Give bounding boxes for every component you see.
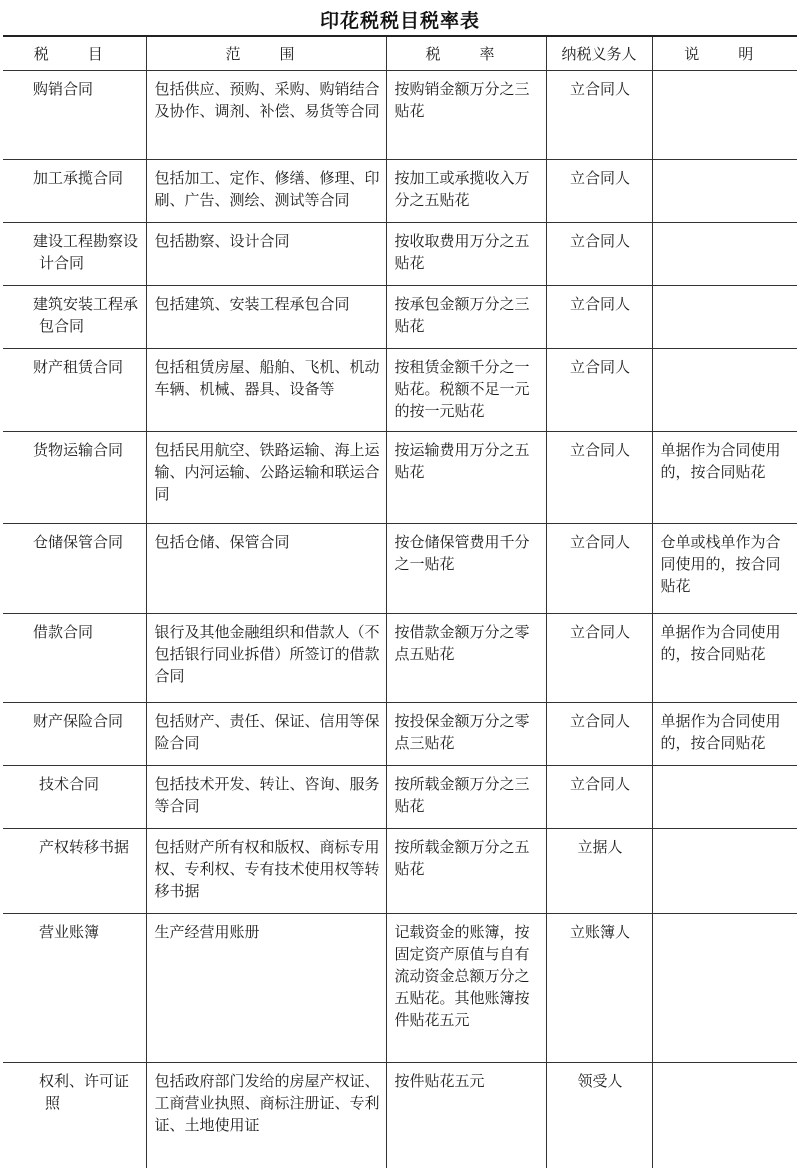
table-row: 1.购销合同 包括供应、预购、采购、购销结合及协作、调剂、补偿、易货等合同 按购… [3,71,797,160]
cell-tax-item: 4.建筑安装工程承包合同 [3,286,146,349]
cell-taxpayer: 立合同人 [546,703,652,766]
cell-scope: 包括政府部门发给的房屋产权证、工商营业执照、商标注册证、专利证、土地使用证 [146,1063,386,1168]
cell-note: 单据作为合同使用的，按合同贴花 [652,614,797,703]
table-row: 11.产权转移书据 包括财产所有权和版权、商标专用权、专利权、专有技术使用权等转… [3,829,797,914]
cell-taxpayer: 立合同人 [546,432,652,524]
cell-tax-item: 7.仓储保管合同 [3,524,146,614]
cell-note [652,349,797,432]
header-tax-item: 税 目 [3,36,146,71]
item-name: 产权转移书据 [39,838,129,856]
cell-note [652,766,797,829]
item-name: 权利、许可证照 [39,1072,129,1112]
cell-scope: 包括仓储、保管合同 [146,524,386,614]
cell-rate: 按运输费用万分之五贴花 [386,432,546,524]
item-name: 建设工程勘察设计合同 [33,232,138,272]
header-notes: 说 明 [652,36,797,71]
table-row: 2.加工承揽合同 包括加工、定作、修缮、修理、印刷、广告、测绘、测试等合同 按加… [3,160,797,223]
cell-taxpayer: 立合同人 [546,349,652,432]
cell-taxpayer: 立合同人 [546,766,652,829]
cell-tax-item: 10.技术合同 [3,766,146,829]
table-row: 6.货物运输合同 包括民用航空、铁路运输、海上运输、内河运输、公路运输和联运合同… [3,432,797,524]
stamp-tax-rate-table: 税 目 范 围 税 率 纳税义务人 说 明 1.购销合同 包括供应、预购、采购、… [3,35,797,1168]
table-row: 7.仓储保管合同 包括仓储、保管合同 按仓储保管费用千分之一贴花 立合同人 仓单… [3,524,797,614]
item-name: 加工承揽合同 [33,169,123,187]
cell-tax-item: 11.产权转移书据 [3,829,146,914]
cell-note [652,1063,797,1168]
cell-note [652,71,797,160]
cell-scope: 包括租赁房屋、船舶、飞机、机动车辆、机械、器具、设备等 [146,349,386,432]
cell-rate: 按承包金额万分之三贴花 [386,286,546,349]
cell-rate: 按租赁金额千分之一贴花。税额不足一元的按一元贴花 [386,349,546,432]
item-name: 建筑安装工程承包合同 [33,295,138,335]
cell-note [652,223,797,286]
cell-scope: 包括技术开发、转让、咨询、服务等合同 [146,766,386,829]
item-name: 技术合同 [39,775,99,793]
cell-scope: 银行及其他金融组织和借款人（不包括银行同业拆借）所签订的借款合同 [146,614,386,703]
cell-taxpayer: 立合同人 [546,223,652,286]
cell-tax-item: 6.货物运输合同 [3,432,146,524]
cell-tax-item: 13.权利、许可证照 [3,1063,146,1168]
item-number: 7. [9,531,33,553]
cell-tax-item: 9.财产保险合同 [3,703,146,766]
cell-rate: 按借款金额万分之零点五贴花 [386,614,546,703]
table-row: 5.财产租赁合同 包括租赁房屋、船舶、飞机、机动车辆、机械、器具、设备等 按租赁… [3,349,797,432]
cell-note [652,829,797,914]
item-number: 6. [9,439,33,461]
item-number: 4. [9,293,33,315]
cell-taxpayer: 立账簿人 [546,914,652,1063]
cell-rate: 按所载金额万分之三贴花 [386,766,546,829]
cell-tax-item: 12.营业账簿 [3,914,146,1063]
item-number: 2. [9,167,33,189]
cell-taxpayer: 领受人 [546,1063,652,1168]
item-number: 3. [9,230,33,252]
item-number: 1. [9,78,33,100]
cell-rate: 按件贴花五元 [386,1063,546,1168]
cell-scope: 包括财产所有权和版权、商标专用权、专利权、专有技术使用权等转移书据 [146,829,386,914]
cell-scope: 包括勘察、设计合同 [146,223,386,286]
cell-scope: 包括建筑、安装工程承包合同 [146,286,386,349]
item-number: 13. [9,1070,39,1092]
table-row: 8.借款合同 银行及其他金融组织和借款人（不包括银行同业拆借）所签订的借款合同 … [3,614,797,703]
item-number: 8. [9,621,33,643]
item-name: 借款合同 [33,623,93,641]
table-row: 10.技术合同 包括技术开发、转让、咨询、服务等合同 按所载金额万分之三贴花 立… [3,766,797,829]
table-row: 13.权利、许可证照 包括政府部门发给的房屋产权证、工商营业执照、商标注册证、专… [3,1063,797,1168]
cell-rate: 按收取费用万分之五贴花 [386,223,546,286]
cell-note: 仓单或栈单作为合同使用的，按合同贴花 [652,524,797,614]
cell-note [652,914,797,1063]
cell-taxpayer: 立合同人 [546,524,652,614]
table-row: 4.建筑安装工程承包合同 包括建筑、安装工程承包合同 按承包金额万分之三贴花 立… [3,286,797,349]
cell-rate: 按投保金额万分之零点三贴花 [386,703,546,766]
item-name: 仓储保管合同 [33,533,123,551]
cell-note [652,286,797,349]
item-name: 购销合同 [33,80,93,98]
cell-rate: 按加工或承揽收入万分之五贴花 [386,160,546,223]
cell-scope: 包括加工、定作、修缮、修理、印刷、广告、测绘、测试等合同 [146,160,386,223]
cell-note: 单据作为合同使用的，按合同贴花 [652,703,797,766]
table-title: 印花税税目税率表 [0,6,800,33]
cell-scope: 包括供应、预购、采购、购销结合及协作、调剂、补偿、易货等合同 [146,71,386,160]
table-row: 9.财产保险合同 包括财产、责任、保证、信用等保险合同 按投保金额万分之零点三贴… [3,703,797,766]
item-number: 10. [9,773,39,795]
cell-rate: 按仓储保管费用千分之一贴花 [386,524,546,614]
table-header-row: 税 目 范 围 税 率 纳税义务人 说 明 [3,36,797,71]
cell-tax-item: 2.加工承揽合同 [3,160,146,223]
cell-scope: 生产经营用账册 [146,914,386,1063]
item-number: 11. [9,836,39,858]
cell-taxpayer: 立据人 [546,829,652,914]
item-number: 9. [9,710,33,732]
item-name: 财产保险合同 [33,712,123,730]
table-row: 3.建设工程勘察设计合同 包括勘察、设计合同 按收取费用万分之五贴花 立合同人 [3,223,797,286]
header-scope: 范 围 [146,36,386,71]
cell-taxpayer: 立合同人 [546,160,652,223]
cell-scope: 包括财产、责任、保证、信用等保险合同 [146,703,386,766]
cell-tax-item: 1.购销合同 [3,71,146,160]
item-name: 营业账簿 [39,923,99,941]
header-taxpayer: 纳税义务人 [546,36,652,71]
item-number: 12. [9,921,39,943]
header-tax-rate: 税 率 [386,36,546,71]
cell-scope: 包括民用航空、铁路运输、海上运输、内河运输、公路运输和联运合同 [146,432,386,524]
table-row: 12.营业账簿 生产经营用账册 记载资金的账簿，按固定资产原值与自有流动资金总额… [3,914,797,1063]
cell-rate: 按所载金额万分之五贴花 [386,829,546,914]
item-name: 货物运输合同 [33,441,123,459]
cell-rate: 按购销金额万分之三贴花 [386,71,546,160]
cell-tax-item: 8.借款合同 [3,614,146,703]
item-name: 财产租赁合同 [33,358,123,376]
cell-taxpayer: 立合同人 [546,71,652,160]
cell-note [652,160,797,223]
cell-rate: 记载资金的账簿，按固定资产原值与自有流动资金总额万分之五贴花。其他账簿按件贴花五… [386,914,546,1063]
cell-tax-item: 3.建设工程勘察设计合同 [3,223,146,286]
cell-tax-item: 5.财产租赁合同 [3,349,146,432]
cell-taxpayer: 立合同人 [546,286,652,349]
cell-taxpayer: 立合同人 [546,614,652,703]
cell-note: 单据作为合同使用的，按合同贴花 [652,432,797,524]
item-number: 5. [9,356,33,378]
